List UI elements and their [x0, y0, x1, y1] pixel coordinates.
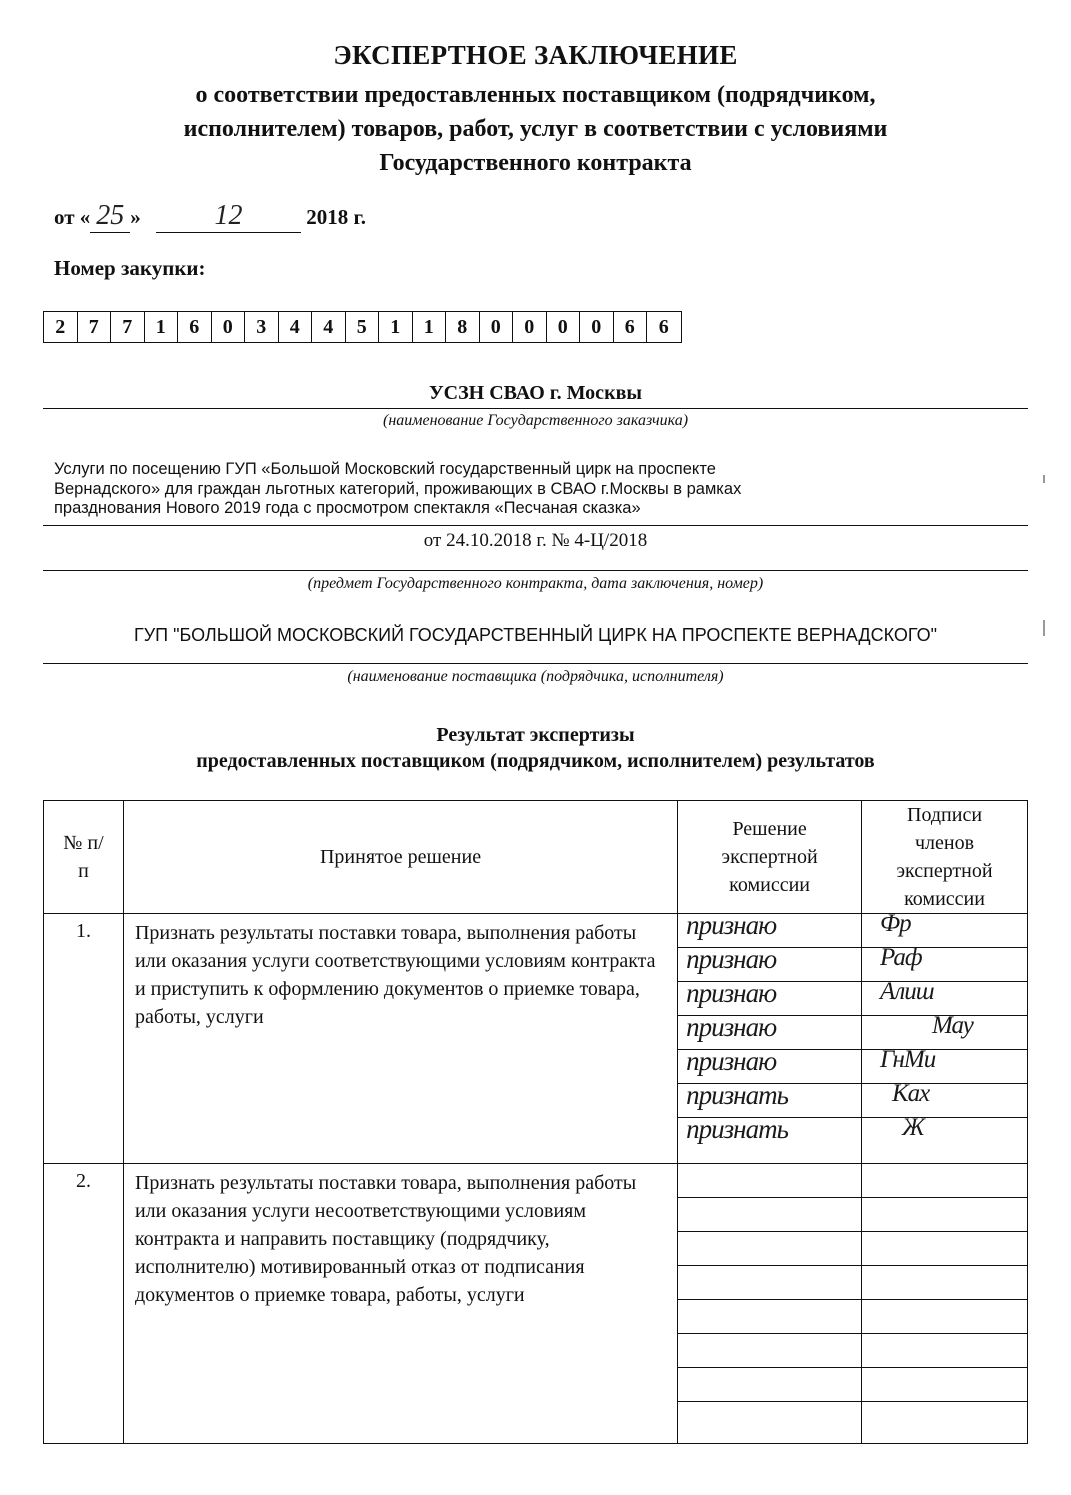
signature-cell[interactable]: [862, 1164, 1027, 1198]
table-header-row: № п/п Принятое решение Решение экспертно…: [44, 801, 1028, 914]
date-month-field[interactable]: 12: [156, 200, 301, 233]
signature-cell[interactable]: [862, 1368, 1027, 1402]
handwritten-vote: признаю: [686, 978, 776, 1009]
contract-underline: [43, 525, 1028, 526]
header-num: № п/п: [44, 801, 124, 914]
supplier-name: ГУП "БОЛЬШОЙ МОСКОВСКИЙ ГОСУДАРСТВЕННЫЙ …: [43, 625, 1028, 646]
handwritten-vote: признаю: [686, 910, 776, 941]
header-decision: Принятое решение: [123, 801, 677, 914]
vote-cell[interactable]: признаю: [678, 1050, 861, 1084]
subtitle-line: о соответствии предоставленных поставщик…: [0, 78, 1071, 112]
vote-cell[interactable]: [678, 1266, 861, 1300]
header-signatures: Подписи членов экспертной комиссии: [862, 801, 1028, 914]
contract-caption: (предмет Государственного контракта, дат…: [43, 575, 1028, 593]
purchase-digit: 2: [44, 312, 78, 342]
vote-cell[interactable]: [678, 1198, 861, 1232]
handwritten-vote: признаю: [686, 1046, 776, 1077]
purchase-digit: 6: [614, 312, 648, 342]
handwritten-signature: Алиш: [880, 978, 934, 1006]
date-mid: »: [130, 205, 141, 229]
handwritten-signature: ГнМи: [880, 1046, 935, 1074]
purchase-digit: 0: [547, 312, 581, 342]
handwritten-signature: Раф: [880, 944, 922, 972]
signature-cell[interactable]: [862, 1232, 1027, 1266]
contract-date-underline: [43, 570, 1028, 571]
signatures-cell: [862, 1164, 1028, 1444]
subtitle-line: Государственного контракта: [0, 146, 1071, 180]
signature-cell[interactable]: Раф: [862, 948, 1027, 982]
signature-cell[interactable]: [862, 1402, 1027, 1436]
vote-cell[interactable]: [678, 1368, 861, 1402]
signature-cell[interactable]: [862, 1198, 1027, 1232]
document-title: ЭКСПЕРТНОЕ ЗАКЛЮЧЕНИЕ: [0, 40, 1071, 71]
contract-subject-line: празднования Нового 2019 года с просмотр…: [54, 499, 1014, 519]
date-year: 2018 г.: [306, 205, 366, 229]
header-commission-decision: Решение экспертной комиссии: [678, 801, 862, 914]
purchase-digit: 0: [513, 312, 547, 342]
supplier-underline: [43, 663, 1028, 664]
subtitle-line: исполнителем) товаров, работ, услуг в со…: [0, 112, 1071, 146]
purchase-digit: 5: [346, 312, 380, 342]
purchase-digit: 6: [647, 312, 681, 342]
contract-subject-line: Услуги по посещению ГУП «Большой Московс…: [54, 460, 1014, 480]
purchase-digit: 0: [212, 312, 246, 342]
contract-subject-line: Вернадского» для граждан льготных катего…: [54, 480, 1014, 500]
row-number: 2.: [44, 1164, 124, 1444]
signature-cell[interactable]: Ках: [862, 1084, 1027, 1118]
supplier-caption: (наименование поставщика (подрядчика, ис…: [43, 668, 1028, 686]
signature-cell[interactable]: Мау: [862, 1016, 1027, 1050]
handwritten-signature: Фр: [880, 910, 911, 938]
handwritten-signature: Мау: [932, 1012, 973, 1040]
row-number: 1.: [44, 914, 124, 1164]
results-table: № п/п Принятое решение Решение экспертно…: [43, 800, 1028, 1444]
vote-cell[interactable]: [678, 1334, 861, 1368]
contract-date-number: от 24.10.2018 г. № 4-Ц/2018: [43, 530, 1028, 552]
handwritten-vote: признать: [686, 1080, 788, 1111]
table-row: 2. Признать результаты поставки товара, …: [44, 1164, 1028, 1444]
vote-cell[interactable]: [678, 1232, 861, 1266]
signature-cell[interactable]: ГнМи: [862, 1050, 1027, 1084]
purchase-digit: 1: [145, 312, 179, 342]
date-prefix: от «: [54, 205, 90, 229]
purchase-digit: 7: [111, 312, 145, 342]
handwritten-vote: признаю: [686, 944, 776, 975]
purchase-digit: 7: [78, 312, 112, 342]
customer-caption: (наименование Государственного заказчика…: [43, 412, 1028, 430]
purchase-digit: 8: [446, 312, 480, 342]
section-title: Результат экспертизы предоставленных пос…: [43, 722, 1028, 774]
scan-artifact: [1043, 475, 1045, 483]
purchase-number-boxes: 2 7 7 1 6 0 3 4 4 5 1 1 8 0 0 0 0 6 6: [43, 311, 682, 343]
table-row: 1. Признать результаты поставки товара, …: [44, 914, 1028, 1164]
row-decision-text: Признать результаты поставки товара, вып…: [123, 914, 677, 1164]
document-date: от «25» 12 2018 г.: [54, 200, 366, 233]
signature-cell[interactable]: Алиш: [862, 982, 1027, 1016]
vote-cell[interactable]: признаю: [678, 1016, 861, 1050]
purchase-digit: 0: [480, 312, 514, 342]
handwritten-signature: Ках: [892, 1080, 929, 1108]
vote-cell[interactable]: признаю: [678, 914, 861, 948]
vote-cell[interactable]: [678, 1300, 861, 1334]
vote-cell[interactable]: [678, 1402, 861, 1436]
signature-cell[interactable]: [862, 1300, 1027, 1334]
vote-cell[interactable]: признать: [678, 1118, 861, 1152]
signature-cell[interactable]: Ж: [862, 1118, 1027, 1152]
purchase-digit: 4: [279, 312, 313, 342]
row-decision-text: Признать результаты поставки товара, вып…: [123, 1164, 677, 1444]
purchase-digit: 4: [312, 312, 346, 342]
signatures-cell: Фр Раф Алиш Мау ГнМи Ках Ж: [862, 914, 1028, 1164]
section-title-line2: предоставленных поставщиком (подрядчиком…: [43, 748, 1028, 774]
signature-cell[interactable]: [862, 1266, 1027, 1300]
signature-cell[interactable]: Фр: [862, 914, 1027, 948]
handwritten-vote: признаю: [686, 1012, 776, 1043]
purchase-number-label: Номер закупки:: [54, 256, 206, 281]
signature-cell[interactable]: [862, 1334, 1027, 1368]
vote-cell[interactable]: признаю: [678, 982, 861, 1016]
purchase-digit: 6: [178, 312, 212, 342]
date-day-field[interactable]: 25: [90, 200, 130, 233]
vote-cell[interactable]: признаю: [678, 948, 861, 982]
commission-decision-cell: признаю признаю признаю признаю признаю …: [678, 914, 862, 1164]
handwritten-vote: признать: [686, 1114, 788, 1145]
vote-cell[interactable]: признать: [678, 1084, 861, 1118]
purchase-digit: 1: [413, 312, 447, 342]
commission-decision-cell: [678, 1164, 862, 1444]
purchase-digit: 0: [580, 312, 614, 342]
scan-artifact: [1043, 620, 1045, 636]
customer-underline: [43, 408, 1028, 409]
customer-name: УСЗН СВАО г. Москвы: [43, 382, 1028, 405]
contract-subject: Услуги по посещению ГУП «Большой Московс…: [54, 460, 1014, 519]
section-title-line1: Результат экспертизы: [43, 722, 1028, 748]
purchase-digit: 1: [379, 312, 413, 342]
document-subtitle: о соответствии предоставленных поставщик…: [0, 78, 1071, 180]
handwritten-signature: Ж: [902, 1114, 924, 1142]
purchase-digit: 3: [245, 312, 279, 342]
vote-cell[interactable]: [678, 1164, 861, 1198]
